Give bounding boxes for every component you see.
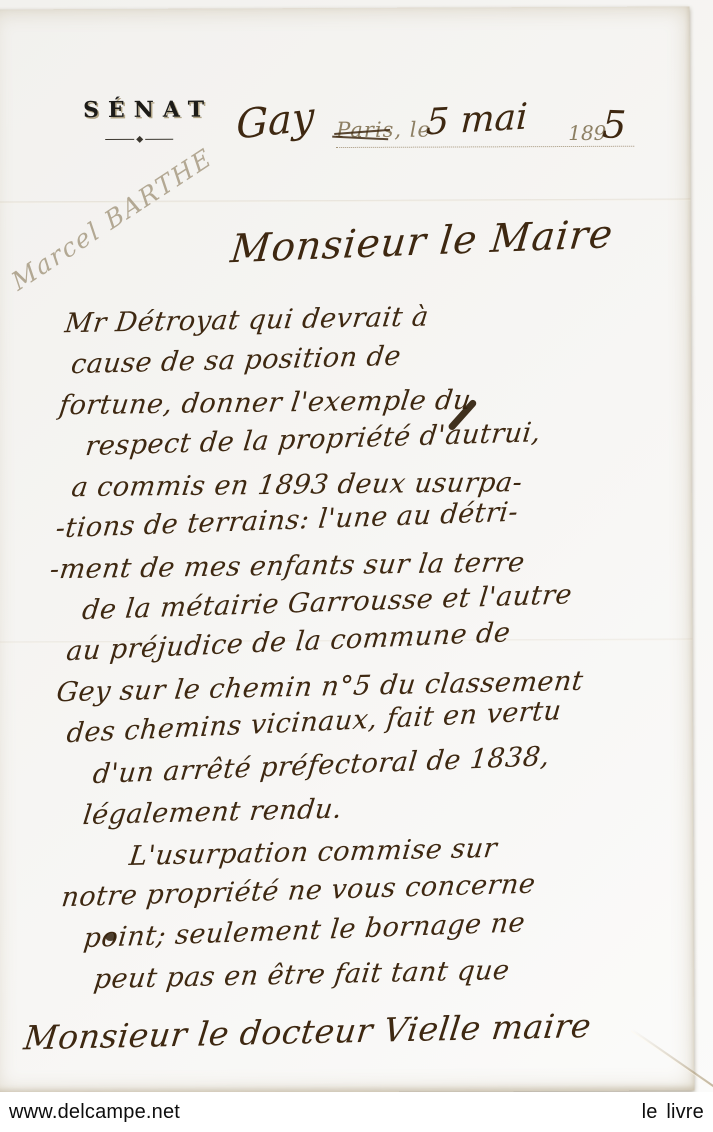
handwritten-place: Gay xyxy=(236,94,314,149)
handwritten-year-digit: 5 xyxy=(601,102,627,147)
salutation: Monsieur le Maire xyxy=(229,212,616,272)
closing-address-line: Monsieur le docteur Vielle maire xyxy=(22,1006,594,1057)
dateline-rule xyxy=(336,146,634,148)
watermark-category-label: le livre xyxy=(642,1101,704,1124)
fold-crease xyxy=(0,198,690,203)
letterhead-title: SÉNAT xyxy=(83,97,213,124)
pencil-annotation: Marcel BARTHE xyxy=(7,142,218,296)
ornament-diamond xyxy=(136,136,143,143)
ornament-rule-left xyxy=(105,139,134,140)
letter-paper: SÉNAT Gay Paris, le 5 mai 189 5 Marcel B… xyxy=(0,6,694,1093)
letterhead-ornament xyxy=(105,137,173,142)
watermark-bar: www.delcampe.net le livre xyxy=(0,1092,713,1132)
handwritten-date: 5 mai xyxy=(425,96,528,143)
scanned-letter-photo: SÉNAT Gay Paris, le 5 mai 189 5 Marcel B… xyxy=(0,0,713,1132)
ornament-rule-right xyxy=(145,139,174,140)
letter-body: Mr Détroyat qui devrait à cause de sa po… xyxy=(55,301,658,1001)
corner-crease xyxy=(632,1029,713,1090)
watermark-site-url: www.delcampe.net xyxy=(9,1101,180,1124)
